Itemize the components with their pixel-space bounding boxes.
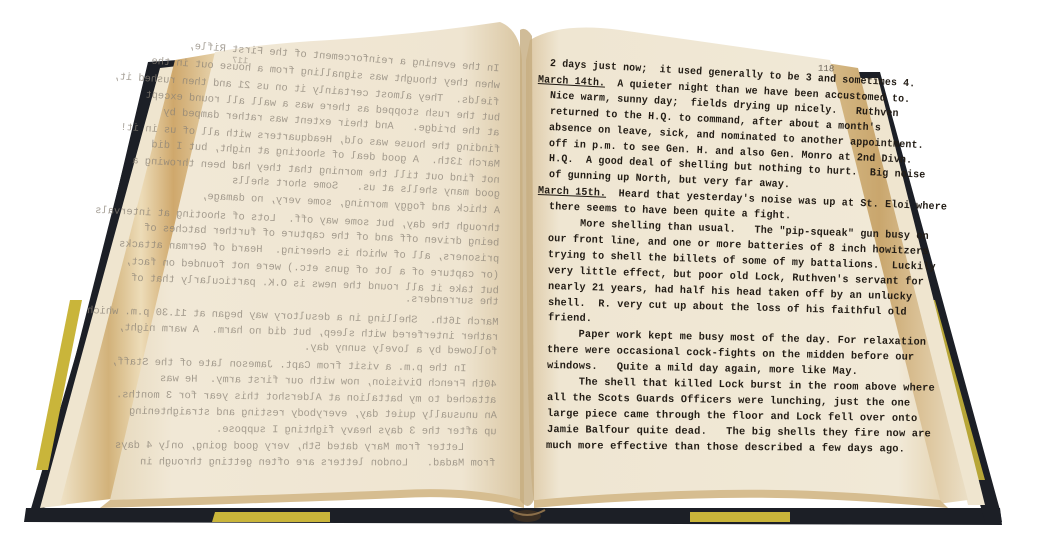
line-text: friend. (547, 312, 591, 325)
bleedthrough-line: up after the 3 days heavy fighting I sup… (215, 423, 496, 438)
spine-gutter (520, 29, 534, 506)
typed-line: friend. (547, 312, 591, 325)
bleedthrough-line: from Madad. London letters are often get… (140, 456, 495, 469)
book-photo: 118 117 2 days just now; it used general… (0, 0, 1045, 556)
cover-yellow-bottom (212, 512, 330, 522)
bleedthrough-line: Letter from Mary dated 5th, very good go… (115, 440, 495, 454)
